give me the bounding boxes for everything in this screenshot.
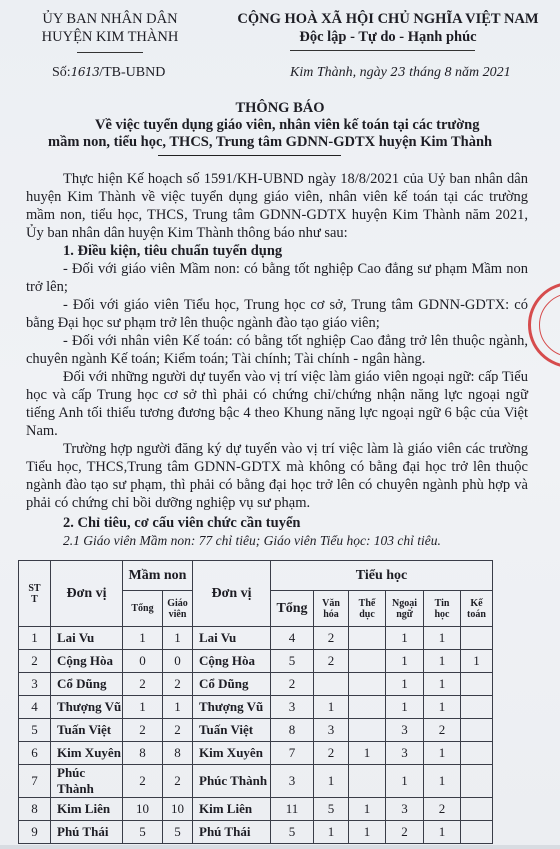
cell-foreign-language: 3: [386, 719, 424, 742]
cell-stt: 9: [19, 821, 51, 844]
header-unit-preschool: Đơn vị: [51, 561, 123, 627]
cell-culture: 1: [314, 821, 349, 844]
cell-foreign-language: 1: [386, 765, 424, 798]
cell-stt: 6: [19, 742, 51, 765]
cell-it: 1: [424, 696, 461, 719]
cell-preschool-teacher: 1: [163, 696, 193, 719]
cell-preschool-teacher: 1: [163, 627, 193, 650]
cell-unit-primary: Kim Xuyên: [193, 742, 271, 765]
cell-foreign-language: 1: [386, 696, 424, 719]
motto-underline: [290, 50, 475, 51]
header-it: Tinhọc: [424, 591, 461, 627]
non-pedagogy-paragraph: Trường hợp người đăng ký dự tuyển vào vị…: [26, 440, 528, 512]
cell-unit-primary: Cộng Hòa: [193, 650, 271, 673]
header-preschool-teacher: Giáoviên: [163, 591, 193, 627]
cell-foreign-language: 1: [386, 673, 424, 696]
cell-primary-total: 7: [271, 742, 314, 765]
cell-primary-total: 3: [271, 696, 314, 719]
cell-preschool-teacher: 5: [163, 821, 193, 844]
header-primary: Tiểu học: [271, 561, 493, 591]
cell-unit: Thượng Vũ: [51, 696, 123, 719]
cell-unit-primary: Phúc Thành: [193, 765, 271, 798]
cell-unit: Kim Liên: [51, 798, 123, 821]
cell-unit: Kim Xuyên: [51, 742, 123, 765]
date-day-handwritten: 23: [390, 65, 405, 79]
cell-primary-total: 11: [271, 798, 314, 821]
cell-unit: Phú Thái: [51, 821, 123, 844]
cell-it: 1: [424, 765, 461, 798]
agency-underline: [77, 52, 143, 53]
header-primary-total: Tổng: [271, 591, 314, 627]
table-row: 5Tuấn Việt22Tuấn Việt8332: [19, 719, 493, 742]
cell-unit-primary: Tuấn Việt: [193, 719, 271, 742]
cell-stt: 7: [19, 765, 51, 798]
intro-paragraph: Thực hiện Kế hoạch số 1591/KH-UBND ngày …: [26, 170, 528, 242]
cell-it: 2: [424, 719, 461, 742]
issuing-agency: ỦY BAN NHÂN DÂN HUYỆN KIM THÀNH: [30, 10, 190, 46]
cell-culture: 5: [314, 798, 349, 821]
cell-accounting: [461, 673, 493, 696]
table-row: 8Kim Liên1010Kim Liên115132: [19, 798, 493, 821]
cell-it: 1: [424, 821, 461, 844]
cell-foreign-language: 1: [386, 627, 424, 650]
date-suffix: tháng 8 năm 2021: [406, 65, 511, 80]
recruitment-quota-table: STT Đơn vị Mầm non Đơn vị Tiểu học Tổng …: [18, 560, 493, 844]
cell-stt: 5: [19, 719, 51, 742]
document-subtitle-line-1: Về việc tuyển dụng giáo viên, nhân viên …: [95, 117, 479, 134]
document-page: ỦY BAN NHÂN DÂN HUYỆN KIM THÀNH CỘNG HOÀ…: [0, 0, 560, 849]
cell-stt: 2: [19, 650, 51, 673]
cell-culture: 2: [314, 627, 349, 650]
cell-pe: [349, 627, 386, 650]
cell-culture: [314, 673, 349, 696]
cell-preschool-total: 5: [123, 821, 163, 844]
table-row: 1Lai Vu11Lai Vu4211: [19, 627, 493, 650]
cell-it: 1: [424, 742, 461, 765]
cell-accounting: [461, 798, 493, 821]
cell-foreign-language: 3: [386, 798, 424, 821]
header-accounting: Kếtoán: [461, 591, 493, 627]
cell-it: 2: [424, 798, 461, 821]
document-date: Kim Thành, ngày 23 tháng 8 năm 2021: [290, 65, 511, 81]
cell-preschool-teacher: 2: [163, 765, 193, 798]
cell-unit: Phúc Thành: [51, 765, 123, 798]
cell-preschool-teacher: 2: [163, 673, 193, 696]
doc-number-prefix: Số:: [52, 65, 71, 80]
cell-culture: 1: [314, 765, 349, 798]
criteria-accounting: - Đối với nhân viên Kế toán: có bằng tốt…: [26, 332, 528, 368]
document-body: Thực hiện Kế hoạch số 1591/KH-UBND ngày …: [26, 170, 528, 550]
cell-pe: 1: [349, 742, 386, 765]
cell-primary-total: 3: [271, 765, 314, 798]
cell-foreign-language: 1: [386, 650, 424, 673]
cell-preschool-total: 2: [123, 673, 163, 696]
cell-pe: 1: [349, 798, 386, 821]
cell-preschool-total: 10: [123, 798, 163, 821]
cell-primary-total: 4: [271, 627, 314, 650]
agency-line-1: ỦY BAN NHÂN DÂN: [30, 10, 190, 28]
criteria-primary-secondary: - Đối với giáo viên Tiểu học, Trung học …: [26, 296, 528, 332]
document-number: Số:1613/TB-UBND: [52, 65, 165, 81]
foreign-language-paragraph: Đối với những người dự tuyển vào vị trí …: [26, 368, 528, 440]
cell-pe: [349, 673, 386, 696]
cell-preschool-total: 0: [123, 650, 163, 673]
cell-foreign-language: 3: [386, 742, 424, 765]
section-2-heading: 2. Chỉ tiêu, cơ cấu viên chức cần tuyển: [26, 514, 528, 532]
criteria-preschool: - Đối với giáo viên Mầm non: có bằng tốt…: [26, 260, 528, 296]
cell-preschool-teacher: 10: [163, 798, 193, 821]
document-title: THÔNG BÁO: [0, 100, 560, 117]
cell-preschool-total: 2: [123, 719, 163, 742]
header-stt: STT: [19, 561, 51, 627]
header-pe: Thểdục: [349, 591, 386, 627]
nation-line-1: CỘNG HOÀ XÃ HỘI CHỦ NGHĨA VIỆT NAM: [218, 10, 558, 28]
cell-it: 1: [424, 650, 461, 673]
header-culture: Vănhóa: [314, 591, 349, 627]
cell-accounting: [461, 719, 493, 742]
cell-preschool-total: 1: [123, 627, 163, 650]
cell-unit-primary: Phú Thái: [193, 821, 271, 844]
cell-primary-total: 2: [271, 673, 314, 696]
cell-preschool-teacher: 2: [163, 719, 193, 742]
cell-accounting: [461, 742, 493, 765]
cell-accounting: [461, 765, 493, 798]
cell-unit: Cổ Dũng: [51, 673, 123, 696]
cell-pe: [349, 765, 386, 798]
header-foreign-language: Ngoạingữ: [386, 591, 424, 627]
cell-primary-total: 8: [271, 719, 314, 742]
cell-stt: 1: [19, 627, 51, 650]
cell-it: 1: [424, 673, 461, 696]
official-seal-stamp: [528, 282, 560, 368]
document-subtitle-line-2: mầm non, tiểu học, THCS, Trung tâm GDNN-…: [48, 134, 492, 151]
date-prefix: Kim Thành, ngày: [290, 65, 390, 80]
cell-foreign-language: 2: [386, 821, 424, 844]
table-row: 4Thượng Vũ11Thượng Vũ3111: [19, 696, 493, 719]
table-row: 7Phúc Thành22Phúc Thành3111: [19, 765, 493, 798]
cell-unit-primary: Kim Liên: [193, 798, 271, 821]
table-row: 9Phú Thái55Phú Thái51121: [19, 821, 493, 844]
header-preschool-total: Tổng: [123, 591, 163, 627]
cell-primary-total: 5: [271, 821, 314, 844]
cell-stt: 8: [19, 798, 51, 821]
table-header-row-1: STT Đơn vị Mầm non Đơn vị Tiểu học: [19, 561, 493, 591]
cell-preschool-total: 2: [123, 765, 163, 798]
table-row: 3Cổ Dũng22Cổ Dũng211: [19, 673, 493, 696]
cell-unit-primary: Lai Vu: [193, 627, 271, 650]
section-1-heading: 1. Điều kiện, tiêu chuẩn tuyển dụng: [26, 242, 528, 260]
nation-line-2: Độc lập - Tự do - Hạnh phúc: [218, 28, 558, 46]
agency-line-2: HUYỆN KIM THÀNH: [30, 28, 190, 46]
doc-number-suffix: /TB-UBND: [99, 65, 165, 80]
cell-pe: 1: [349, 821, 386, 844]
table-row: 6Kim Xuyên88Kim Xuyên72131: [19, 742, 493, 765]
cell-unit: Tuấn Việt: [51, 719, 123, 742]
doc-number-handwritten: 1613: [71, 65, 100, 79]
cell-preschool-total: 1: [123, 696, 163, 719]
cell-stt: 4: [19, 696, 51, 719]
cell-preschool-teacher: 8: [163, 742, 193, 765]
cell-accounting: [461, 696, 493, 719]
cell-accounting: 1: [461, 650, 493, 673]
cell-accounting: [461, 821, 493, 844]
cell-unit-primary: Thượng Vũ: [193, 696, 271, 719]
cell-culture: 3: [314, 719, 349, 742]
cell-pe: [349, 650, 386, 673]
table-row: 2Cộng Hòa00Cộng Hòa52111: [19, 650, 493, 673]
cell-accounting: [461, 627, 493, 650]
header-preschool: Mầm non: [123, 561, 193, 591]
cell-unit-primary: Cổ Dũng: [193, 673, 271, 696]
cell-culture: 2: [314, 650, 349, 673]
cell-unit: Cộng Hòa: [51, 650, 123, 673]
section-2-1-subheading: 2.1 Giáo viên Mầm non: 77 chỉ tiêu; Giáo…: [26, 532, 528, 550]
cell-culture: 1: [314, 696, 349, 719]
cell-preschool-teacher: 0: [163, 650, 193, 673]
cell-culture: 2: [314, 742, 349, 765]
cell-unit: Lai Vu: [51, 627, 123, 650]
cell-primary-total: 5: [271, 650, 314, 673]
national-motto: CỘNG HOÀ XÃ HỘI CHỦ NGHĨA VIỆT NAM Độc l…: [218, 10, 558, 46]
cell-pe: [349, 696, 386, 719]
cell-stt: 3: [19, 673, 51, 696]
header-unit-primary: Đơn vị: [193, 561, 271, 627]
cell-pe: [349, 719, 386, 742]
cell-it: 1: [424, 627, 461, 650]
page-edge: [0, 845, 560, 849]
cell-preschool-total: 8: [123, 742, 163, 765]
title-underline: [158, 155, 341, 156]
